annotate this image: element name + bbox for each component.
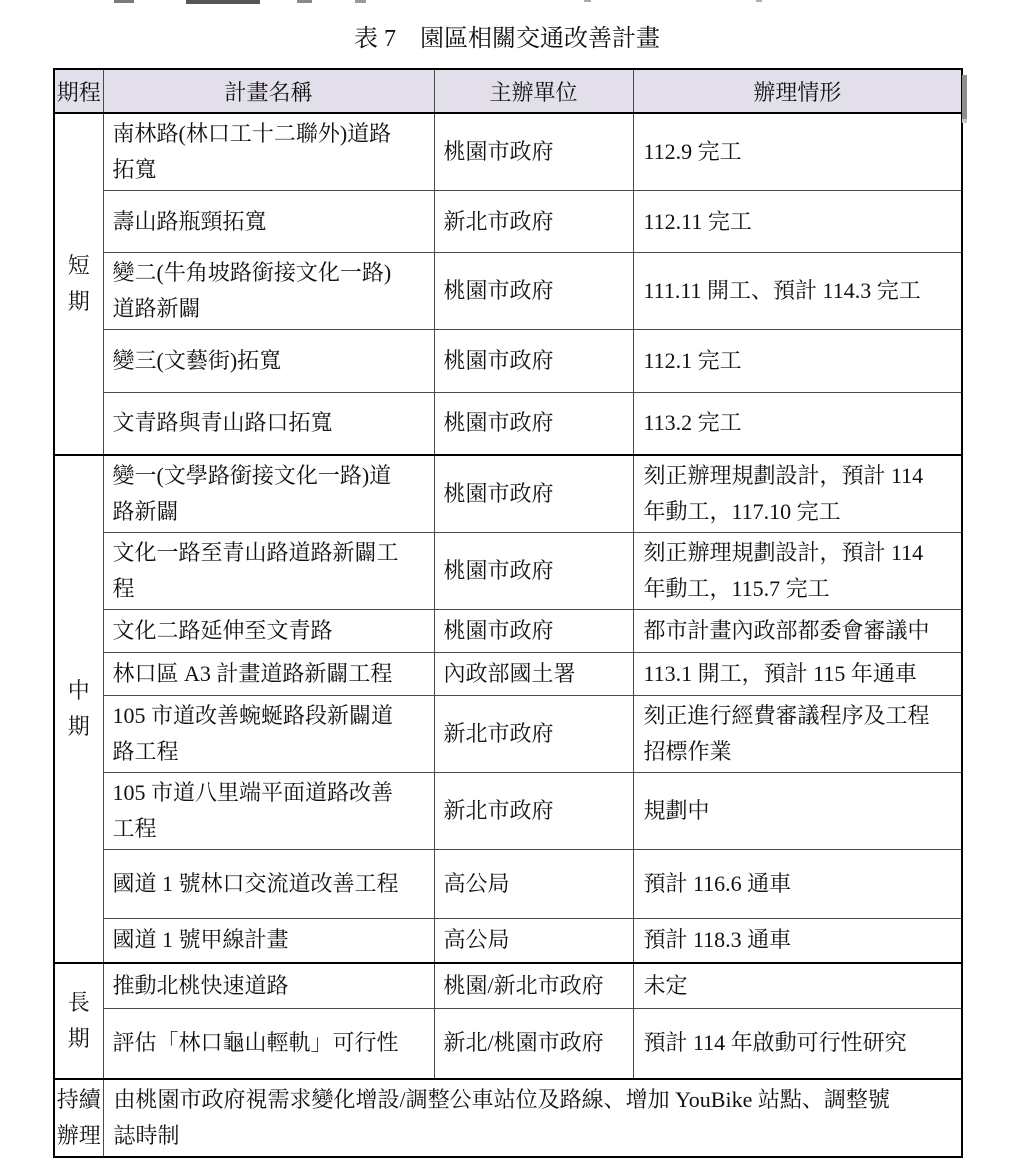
clipped-text-fragment — [756, 0, 762, 2]
table-row: 短期南林路(林口工十二聯外)道路 拓寬桃園市政府112.9 完工 — [54, 113, 962, 191]
agency-cell: 新北/桃園市政府 — [434, 1008, 633, 1079]
status-cell: 111.11 開工、預計 114.3 完工 — [633, 253, 962, 330]
agency-cell: 高公局 — [434, 918, 633, 963]
table-row: 國道 1 號林口交流道改善工程高公局預計 116.6 通車 — [54, 849, 962, 918]
table-row: 評估「林口龜山輕軌」可行性新北/桃園市政府預計 114 年啟動可行性研究 — [54, 1008, 962, 1079]
agency-cell: 新北市政府 — [434, 772, 633, 849]
plan-name-cell: 國道 1 號林口交流道改善工程 — [103, 849, 434, 918]
table-row: 林口區 A3 計畫道路新闢工程內政部國土署113.1 開工，預計 115 年通車 — [54, 652, 962, 695]
status-cell: 112.9 完工 — [633, 113, 962, 191]
plan-name-cell: 105 市道八里端平面道路改善 工程 — [103, 772, 434, 849]
agency-cell: 桃園/新北市政府 — [434, 963, 633, 1008]
plan-name-cell: 推動北桃快速道路 — [103, 963, 434, 1008]
header-shadow-artifact — [962, 75, 967, 119]
status-cell: 規劃中 — [633, 772, 962, 849]
status-cell: 都市計畫內政部都委會審議中 — [633, 609, 962, 652]
plan-name-cell: 文青路與青山路口拓寬 — [103, 393, 434, 455]
period-cell: 中期 — [54, 455, 103, 964]
table-row: 國道 1 號甲線計畫高公局預計 118.3 通車 — [54, 918, 962, 963]
clipped-text-fragment — [584, 0, 591, 2]
table-row: 105 市道八里端平面道路改善 工程新北市政府規劃中 — [54, 772, 962, 849]
clipped-text-fragment — [186, 0, 260, 4]
table-row: 105 市道改善蜿蜒路段新闢道 路工程新北市政府刻正進行經費審議程序及工程 招標… — [54, 695, 962, 772]
status-cell: 預計 114 年啟動可行性研究 — [633, 1008, 962, 1079]
status-cell: 113.1 開工，預計 115 年通車 — [633, 652, 962, 695]
continuous-row: 持續辦理由桃園市政府視需求變化增設/調整公車站位及路線、增加 YouBike 站… — [54, 1079, 962, 1157]
status-cell: 刻正辦理規劃設計，預計 114 年動工，117.10 完工 — [633, 455, 962, 533]
plan-name-cell: 南林路(林口工十二聯外)道路 拓寬 — [103, 113, 434, 191]
plan-name-cell: 林口區 A3 計畫道路新闢工程 — [103, 652, 434, 695]
table-row: 長期推動北桃快速道路桃園/新北市政府未定 — [54, 963, 962, 1008]
period-label: 中期 — [67, 673, 90, 745]
traffic-improvement-table: 期程 計畫名稱 主辦單位 辦理情形 短期南林路(林口工十二聯外)道路 拓寬桃園市… — [53, 68, 963, 1158]
period-label: 長期 — [67, 985, 90, 1057]
header-plan-name: 計畫名稱 — [103, 69, 434, 113]
status-cell: 113.2 完工 — [633, 393, 962, 455]
table-row: 壽山路瓶頸拓寬新北市政府112.11 完工 — [54, 191, 962, 253]
continuous-text-cell: 由桃園市政府視需求變化增設/調整公車站位及路線、增加 YouBike 站點、調整… — [103, 1079, 962, 1157]
plan-name-cell: 評估「林口龜山輕軌」可行性 — [103, 1008, 434, 1079]
table-header-row: 期程 計畫名稱 主辦單位 辦理情形 — [54, 69, 962, 113]
table-row: 文青路與青山路口拓寬桃園市政府113.2 完工 — [54, 393, 962, 455]
document-page: { "title": "表 7 園區相關交通改善計畫", "table": { … — [0, 0, 1034, 1172]
agency-cell: 桃園市政府 — [434, 455, 633, 533]
status-cell: 刻正辦理規劃設計，預計 114 年動工，115.7 完工 — [633, 532, 962, 609]
clipped-text-fragment — [114, 0, 134, 3]
agency-cell: 桃園市政府 — [434, 532, 633, 609]
plan-name-cell: 變一(文學路銜接文化一路)道 路新闢 — [103, 455, 434, 533]
plan-name-cell: 文化二路延伸至文青路 — [103, 609, 434, 652]
period-cell: 持續辦理 — [54, 1079, 103, 1157]
plan-name-cell: 105 市道改善蜿蜒路段新闢道 路工程 — [103, 695, 434, 772]
period-label: 短期 — [67, 248, 90, 320]
agency-cell: 桃園市政府 — [434, 253, 633, 330]
status-cell: 刻正進行經費審議程序及工程 招標作業 — [633, 695, 962, 772]
status-cell: 預計 118.3 通車 — [633, 918, 962, 963]
agency-cell: 桃園市政府 — [434, 330, 633, 393]
period-cell: 短期 — [54, 113, 103, 455]
agency-cell: 新北市政府 — [434, 695, 633, 772]
header-agency: 主辦單位 — [434, 69, 633, 113]
header-shadow-artifact — [962, 119, 967, 123]
header-period: 期程 — [54, 69, 103, 113]
status-cell: 未定 — [633, 963, 962, 1008]
status-cell: 112.1 完工 — [633, 330, 962, 393]
plan-name-cell: 國道 1 號甲線計畫 — [103, 918, 434, 963]
plan-name-cell: 文化一路至青山路道路新闢工 程 — [103, 532, 434, 609]
plan-name-cell: 變三(文藝街)拓寬 — [103, 330, 434, 393]
table-row: 文化一路至青山路道路新闢工 程桃園市政府刻正辦理規劃設計，預計 114 年動工，… — [54, 532, 962, 609]
plan-name-cell: 變二(牛角坡路銜接文化一路) 道路新闢 — [103, 253, 434, 330]
status-cell: 預計 116.6 通車 — [633, 849, 962, 918]
agency-cell: 桃園市政府 — [434, 393, 633, 455]
table-row: 變三(文藝街)拓寬桃園市政府112.1 完工 — [54, 330, 962, 393]
status-cell: 112.11 完工 — [633, 191, 962, 253]
header-status: 辦理情形 — [633, 69, 962, 113]
clipped-text-fragment — [355, 0, 366, 3]
agency-cell: 內政部國土署 — [434, 652, 633, 695]
plan-name-cell: 壽山路瓶頸拓寬 — [103, 191, 434, 253]
agency-cell: 桃園市政府 — [434, 113, 633, 191]
clipped-text-fragment — [297, 0, 312, 3]
agency-cell: 高公局 — [434, 849, 633, 918]
period-label: 持續辦理 — [56, 1082, 102, 1154]
table-row: 中期變一(文學路銜接文化一路)道 路新闢桃園市政府刻正辦理規劃設計，預計 114… — [54, 455, 962, 533]
agency-cell: 桃園市政府 — [434, 609, 633, 652]
table-caption: 表 7 園區相關交通改善計畫 — [53, 24, 961, 54]
agency-cell: 新北市政府 — [434, 191, 633, 253]
period-cell: 長期 — [54, 963, 103, 1079]
table-row: 文化二路延伸至文青路桃園市政府都市計畫內政部都委會審議中 — [54, 609, 962, 652]
table-row: 變二(牛角坡路銜接文化一路) 道路新闢桃園市政府111.11 開工、預計 114… — [54, 253, 962, 330]
